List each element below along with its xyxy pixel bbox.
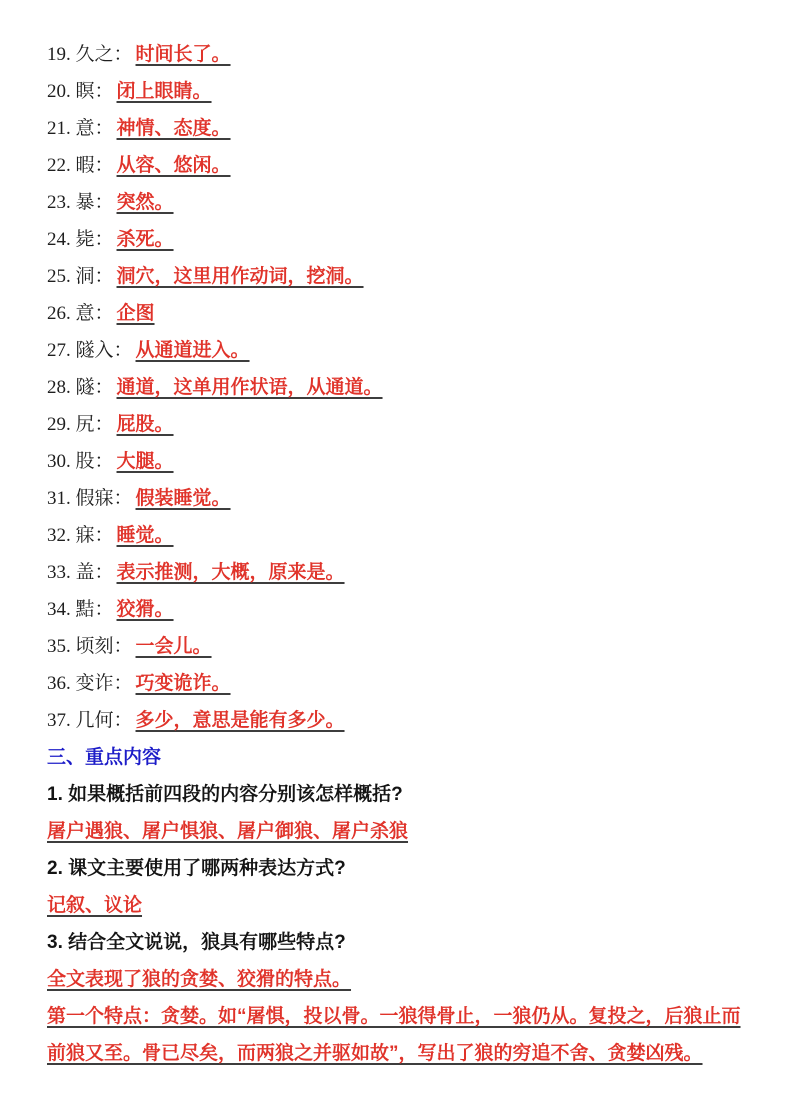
vocab-definition: 表示推测，大概，原来是。 (117, 562, 345, 583)
vocab-definition: 从容、悠闲。 (117, 155, 231, 176)
vocab-item: 35. 顷刻：一会儿。 (47, 628, 748, 665)
vocab-definition: 突然。 (117, 192, 174, 213)
vocab-definition: 多少，意思是能有多少。 (136, 710, 345, 731)
vocab-item: 25. 洞：洞穴，这里用作动词，挖洞。 (47, 258, 748, 295)
answer-text: 第一个特点：贪婪。如“屠惧，投以骨。一狼得骨止，一狼仍从。复投之，后狼止而前狼又… (47, 1006, 741, 1064)
vocab-term: 33. 盖： (47, 562, 114, 583)
vocab-definition: 睡觉。 (117, 525, 174, 546)
vocab-item: 24. 毙：杀死。 (47, 221, 748, 258)
vocab-definition: 一会儿。 (136, 636, 212, 657)
vocab-item: 36. 变诈：巧变诡诈。 (47, 665, 748, 702)
vocab-term: 28. 隧： (47, 377, 114, 398)
vocab-item: 23. 暴：突然。 (47, 184, 748, 221)
vocab-definition: 屁股。 (117, 414, 174, 435)
vocab-item: 37. 几何：多少，意思是能有多少。 (47, 702, 748, 739)
vocab-term: 24. 毙： (47, 229, 114, 250)
answer-text: 屠户遇狼、屠户惧狼、屠户御狼、屠户杀狼 (47, 821, 408, 842)
vocab-item: 26. 意：企图 (47, 295, 748, 332)
vocab-definition: 神情、态度。 (117, 118, 231, 139)
vocab-item: 31. 假寐：假装睡觉。 (47, 480, 748, 517)
section-heading: 三、重点内容 (47, 739, 748, 776)
vocab-term: 37. 几何： (47, 710, 133, 731)
vocab-term: 31. 假寐： (47, 488, 133, 509)
vocab-term: 23. 暴： (47, 192, 114, 213)
vocab-term: 35. 顷刻： (47, 636, 133, 657)
question-2: 2. 课文主要使用了哪两种表达方式? (47, 850, 748, 887)
vocab-item: 33. 盖：表示推测，大概，原来是。 (47, 554, 748, 591)
vocab-definition: 巧变诡诈。 (136, 673, 231, 694)
vocab-definition: 假装睡觉。 (136, 488, 231, 509)
vocab-term: 36. 变诈： (47, 673, 133, 694)
question-3: 3. 结合全文说说，狼具有哪些特点? (47, 924, 748, 961)
vocab-item: 28. 隧：通道，这单用作状语，从通道。 (47, 369, 748, 406)
vocab-term: 22. 暇： (47, 155, 114, 176)
vocab-definition: 企图 (117, 303, 155, 324)
answer-2: 记叙、议论 (47, 887, 748, 924)
vocab-term: 29. 尻： (47, 414, 114, 435)
vocab-item: 22. 暇：从容、悠闲。 (47, 147, 748, 184)
vocab-item: 21. 意：神情、态度。 (47, 110, 748, 147)
answer-1: 屠户遇狼、屠户惧狼、屠户御狼、屠户杀狼 (47, 813, 748, 850)
vocab-item: 34. 黠：狡猾。 (47, 591, 748, 628)
vocab-definition: 大腿。 (117, 451, 174, 472)
answer-text: 全文表现了狼的贪婪、狡猾的特点。 (47, 969, 351, 990)
vocab-term: 27. 隧入： (47, 340, 133, 361)
vocab-term: 32. 寐： (47, 525, 114, 546)
vocab-term: 25. 洞： (47, 266, 114, 287)
vocab-term: 21. 意： (47, 118, 114, 139)
vocab-definition: 时间长了。 (136, 44, 231, 65)
answer-3-detail: 第一个特点：贪婪。如“屠惧，投以骨。一狼得骨止，一狼仍从。复投之，后狼止而前狼又… (47, 998, 748, 1072)
vocab-definition: 闭上眼睛。 (117, 81, 212, 102)
vocab-item: 29. 尻：屁股。 (47, 406, 748, 443)
vocab-item: 27. 隧入：从通道进入。 (47, 332, 748, 369)
question-1: 1. 如果概括前四段的内容分别该怎样概括? (47, 776, 748, 813)
vocab-term: 26. 意： (47, 303, 114, 324)
vocab-term: 34. 黠： (47, 599, 114, 620)
vocab-term: 20. 瞑： (47, 81, 114, 102)
vocab-item: 32. 寐：睡觉。 (47, 517, 748, 554)
vocab-item: 30. 股：大腿。 (47, 443, 748, 480)
vocab-definition: 狡猾。 (117, 599, 174, 620)
vocab-definition: 杀死。 (117, 229, 174, 250)
vocab-term: 19. 久之： (47, 44, 133, 65)
vocab-definition: 通道，这单用作状语，从通道。 (117, 377, 383, 398)
answer-text: 记叙、议论 (47, 895, 142, 916)
vocab-item: 19. 久之：时间长了。 (47, 36, 748, 73)
vocab-term: 30. 股： (47, 451, 114, 472)
vocab-item: 20. 瞑：闭上眼睛。 (47, 73, 748, 110)
answer-3-summary: 全文表现了狼的贪婪、狡猾的特点。 (47, 961, 748, 998)
vocab-definition: 从通道进入。 (136, 340, 250, 361)
vocab-definition: 洞穴，这里用作动词，挖洞。 (117, 266, 364, 287)
document-page: 19. 久之：时间长了。 20. 瞑：闭上眼睛。 21. 意：神情、态度。 22… (0, 0, 790, 1118)
